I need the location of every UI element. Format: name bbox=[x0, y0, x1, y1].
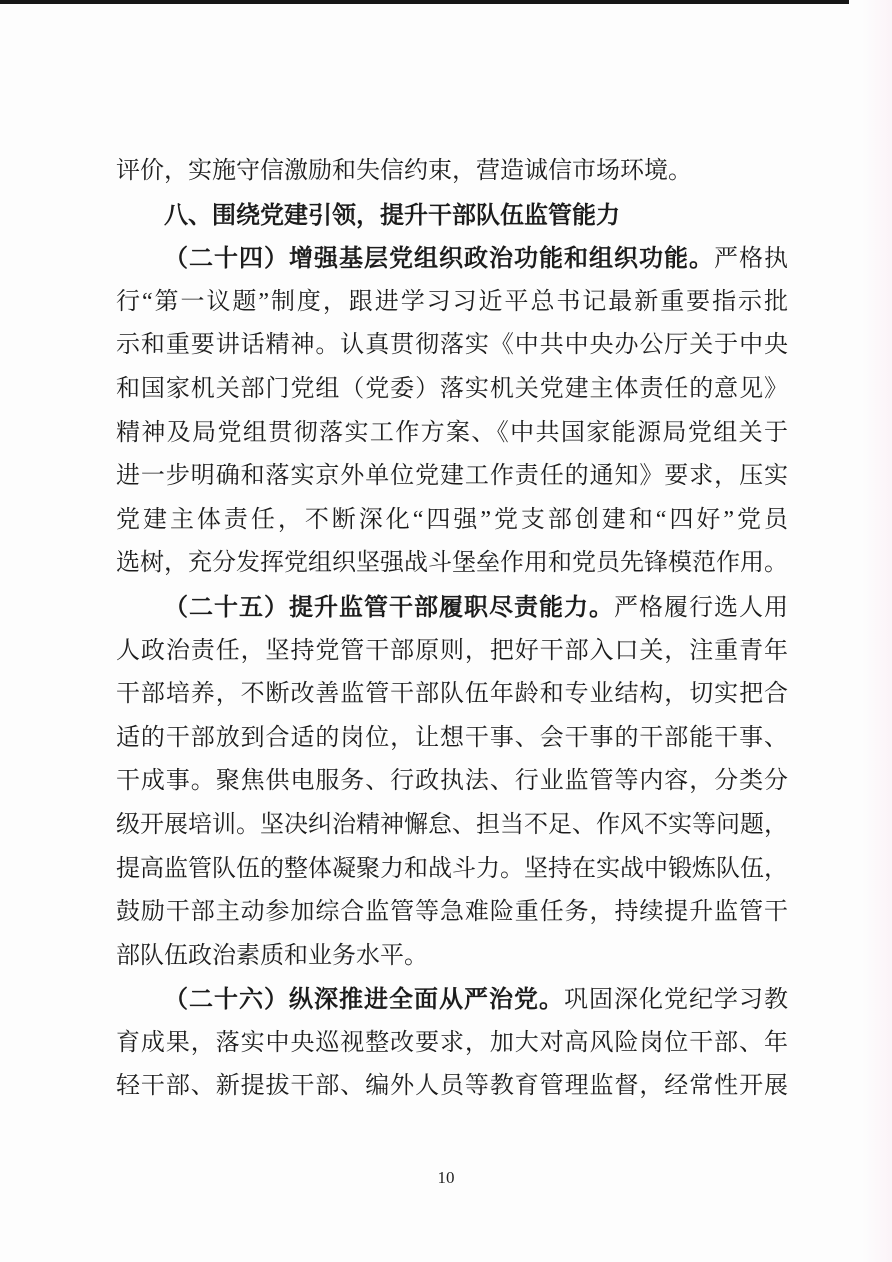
paragraph-bold-lead: （二十五）提升监管干部履职尽责能力。 bbox=[164, 594, 614, 621]
text-line: 精神及局党组贯彻落实工作方案、《中共国家能源局党组关于 bbox=[116, 412, 788, 456]
text-line: 级开展培训。坚决纠治精神懈怠、担当不足、作风不实等问题， bbox=[116, 804, 788, 848]
paragraph-text: 干部培养，不断改善监管干部队伍年龄和专业结构，切实把合 bbox=[116, 681, 788, 707]
paragraph-text: 精神及局党组贯彻落实工作方案、《中共国家能源局党组关于 bbox=[116, 420, 788, 446]
paragraph-text: 选树，充分发挥党组织坚强战斗堡垒作用和党员先锋模范作用。 bbox=[116, 550, 788, 576]
paragraph-bold-lead: （二十四）增强基层党组织政治功能和组织功能。 bbox=[164, 245, 714, 272]
paragraph-text: 育成果，落实中央巡视整改要求，加大对高风险岗位干部、年 bbox=[116, 1030, 788, 1056]
text-line: （二十五）提升监管干部履职尽责能力。严格履行选人用 bbox=[116, 586, 788, 630]
text-line: 干部培养，不断改善监管干部队伍年龄和专业结构，切实把合 bbox=[116, 673, 788, 717]
paragraph-text: 评价，实施守信激励和失信约束，营造诚信市场环境。 bbox=[116, 158, 692, 184]
paragraph-text: 提高监管队伍的整体凝聚力和战斗力。坚持在实战中锻炼队伍， bbox=[116, 856, 788, 882]
text-line: 轻干部、新提拔干部、编外人员等教育管理监督，经常性开展 bbox=[116, 1065, 788, 1109]
paragraph-text: 行“第一议题”制度，跟进学习习近平总书记最新重要指示批 bbox=[116, 289, 788, 315]
text-line: 干成事。聚焦供电服务、行政执法、行业监管等内容，分类分 bbox=[116, 760, 788, 804]
paragraph-text: 人政治责任，坚持党管干部原则，把好干部入口关，注重青年 bbox=[116, 638, 788, 664]
paragraph-text: 严格执 bbox=[714, 246, 788, 272]
paragraph-text: 示和重要讲话精神。认真贯彻落实《中共中央办公厅关于中央 bbox=[116, 332, 788, 358]
paragraph-text: 巩固深化党纪学习教 bbox=[564, 987, 788, 1013]
text-line: 选树，充分发挥党组织坚强战斗堡垒作用和党员先锋模范作用。 bbox=[116, 542, 788, 586]
paragraph-bold-lead: （二十六）纵深推进全面从严治党。 bbox=[164, 986, 564, 1013]
paragraph-text: 适的干部放到合适的岗位，让想干事、会干事的干部能干事、 bbox=[116, 725, 788, 751]
scan-edge-artifact bbox=[0, 0, 849, 4]
paragraph-text: 级开展培训。坚决纠治精神懈怠、担当不足、作风不实等问题， bbox=[116, 812, 788, 838]
paragraph-text: 进一步明确和落实京外单位党建工作责任的通知》要求，压实 bbox=[116, 463, 788, 489]
text-line: 进一步明确和落实京外单位党建工作责任的通知》要求，压实 bbox=[116, 455, 788, 499]
text-line: 示和重要讲话精神。认真贯彻落实《中共中央办公厅关于中央 bbox=[116, 324, 788, 368]
text-line: （二十六）纵深推进全面从严治党。巩固深化党纪学习教 bbox=[116, 978, 788, 1022]
document-body: 评价，实施守信激励和失信约束，营造诚信市场环境。八、围绕党建引领，提升干部队伍监… bbox=[116, 150, 788, 1109]
text-line: 部队伍政治素质和业务水平。 bbox=[116, 935, 788, 979]
paragraph-text: 干成事。聚焦供电服务、行政执法、行业监管等内容，分类分 bbox=[116, 768, 788, 794]
text-line: 评价，实施守信激励和失信约束，营造诚信市场环境。 bbox=[116, 150, 788, 194]
text-line: 人政治责任，坚持党管干部原则，把好干部入口关，注重青年 bbox=[116, 630, 788, 674]
page-number: 10 bbox=[0, 1168, 892, 1188]
paragraph-text: 八、围绕党建引领，提升干部队伍监管能力 bbox=[164, 202, 620, 229]
text-line: 党建主体责任，不断深化“四强”党支部创建和“四好”党员 bbox=[116, 499, 788, 543]
text-line: 适的干部放到合适的岗位，让想干事、会干事的干部能干事、 bbox=[116, 717, 788, 761]
paragraph-text: 部队伍政治素质和业务水平。 bbox=[116, 943, 428, 969]
text-line: 行“第一议题”制度，跟进学习习近平总书记最新重要指示批 bbox=[116, 281, 788, 325]
text-line: （二十四）增强基层党组织政治功能和组织功能。严格执 bbox=[116, 237, 788, 281]
paragraph-text: 党建主体责任，不断深化“四强”党支部创建和“四好”党员 bbox=[116, 507, 788, 533]
paragraph-text: 严格履行选人用 bbox=[614, 595, 788, 621]
document-page: 评价，实施守信激励和失信约束，营造诚信市场环境。八、围绕党建引领，提升干部队伍监… bbox=[0, 0, 892, 1262]
text-line: 和国家机关部门党组（党委）落实机关党建主体责任的意见》 bbox=[116, 368, 788, 412]
text-line: 提高监管队伍的整体凝聚力和战斗力。坚持在实战中锻炼队伍， bbox=[116, 848, 788, 892]
paragraph-text: 轻干部、新提拔干部、编外人员等教育管理监督，经常性开展 bbox=[116, 1073, 788, 1099]
paragraph-text: 鼓励干部主动参加综合监管等急难险重任务，持续提升监管干 bbox=[116, 899, 788, 925]
paragraph-text: 和国家机关部门党组（党委）落实机关党建主体责任的意见》 bbox=[116, 376, 788, 402]
section-heading: 八、围绕党建引领，提升干部队伍监管能力 bbox=[116, 194, 788, 238]
text-line: 鼓励干部主动参加综合监管等急难险重任务，持续提升监管干 bbox=[116, 891, 788, 935]
text-line: 育成果，落实中央巡视整改要求，加大对高风险岗位干部、年 bbox=[116, 1022, 788, 1066]
scan-edge-tint bbox=[862, 0, 892, 1262]
